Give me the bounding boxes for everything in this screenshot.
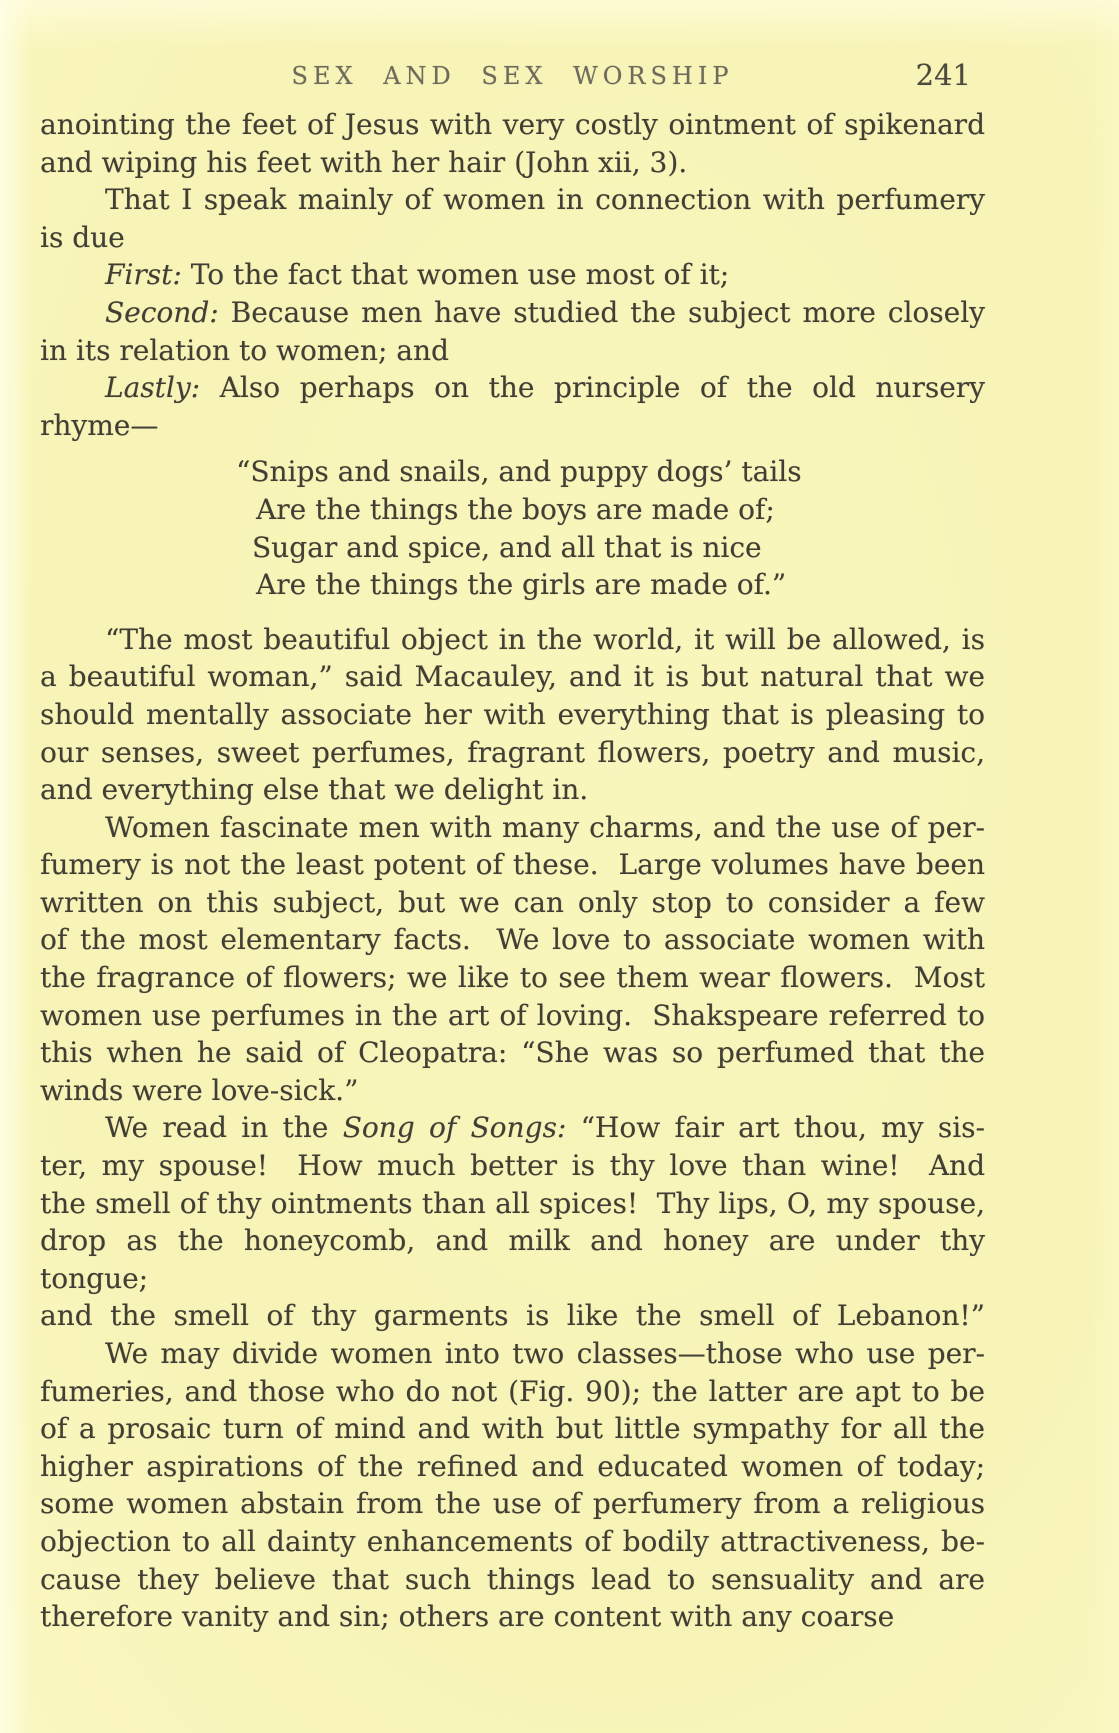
text-line: drop as the honeycomb, and milk and hone… bbox=[40, 1222, 985, 1297]
text-line: and wiping his feet with her hair (John … bbox=[40, 144, 985, 182]
text-line: Sugar and spice, and all that is nice bbox=[252, 529, 985, 567]
text-line: We may divide women into two classes—tho… bbox=[40, 1335, 985, 1373]
text-line: Are the things the boys are made of; bbox=[256, 491, 985, 529]
text-line: our senses, sweet perfumes, fragrant flo… bbox=[40, 734, 985, 772]
text-line: anointing the feet of Jesus with very co… bbox=[40, 106, 985, 144]
text-line: winds were love-sick.” bbox=[40, 1072, 985, 1110]
text-line: First: To the fact that women use most o… bbox=[40, 256, 985, 294]
text-line: rhyme— bbox=[40, 407, 985, 445]
text-line: some women abstain from the use of perfu… bbox=[40, 1485, 985, 1523]
text-line: in its relation to women; and bbox=[40, 332, 985, 370]
text-line: Lastly: Also perhaps on the principle of… bbox=[40, 369, 985, 407]
text-line: Are the things the girls are made of.” bbox=[256, 566, 985, 604]
text-line: “Snips and snails, and puppy dogs’ tails bbox=[236, 453, 985, 491]
text-line: therefore vanity and sin; others are con… bbox=[40, 1598, 985, 1636]
text-line: a beautiful woman,” said Macauley, and i… bbox=[40, 658, 985, 696]
text-line: is due bbox=[40, 219, 985, 257]
text-line: We read in the Song of Songs: “How fair … bbox=[40, 1109, 985, 1147]
text-line: ter, my spouse! How much better is thy l… bbox=[40, 1147, 985, 1185]
text-line: written on this subject, but we can only… bbox=[40, 884, 985, 922]
text-line: this when he said of Cleopatra: “She was… bbox=[40, 1034, 985, 1072]
text-line: of a prosaic turn of mind and with but l… bbox=[40, 1410, 985, 1448]
text-line: and everything else that we delight in. bbox=[40, 771, 985, 809]
text-line: “The most beautiful object in the world,… bbox=[40, 621, 985, 659]
page-number: 241 bbox=[916, 58, 971, 92]
running-header-title: SEX AND SEX WORSHIP bbox=[40, 62, 985, 90]
text-line: women use perfumes in the art of loving.… bbox=[40, 997, 985, 1035]
text-line: higher aspirations of the refined and ed… bbox=[40, 1448, 985, 1486]
text-line: and the smell of thy garments is like th… bbox=[40, 1297, 985, 1335]
text-line: fumeries, and those who do not (Fig. 90)… bbox=[40, 1373, 985, 1411]
text-line: should mentally associate her with every… bbox=[40, 696, 985, 734]
text-line: That I speak mainly of women in connecti… bbox=[40, 181, 985, 219]
book-page: SEX AND SEX WORSHIP 241 anointing the fe… bbox=[0, 0, 1119, 1733]
text-line: of the most elementary facts. We love to… bbox=[40, 921, 985, 959]
text-line: the fragrance of flowers; we like to see… bbox=[40, 959, 985, 997]
text-line: objection to all dainty enhancements of … bbox=[40, 1523, 985, 1561]
text-line: fumery is not the least potent of these.… bbox=[40, 846, 985, 884]
text-line: Second: Because men have studied the sub… bbox=[40, 294, 985, 332]
text-line: the smell of thy ointments than all spic… bbox=[40, 1185, 985, 1223]
text-line: Women fascinate men with many charms, an… bbox=[40, 809, 985, 847]
page-body-text: anointing the feet of Jesus with very co… bbox=[40, 106, 985, 1636]
text-line: cause they believe that such things lead… bbox=[40, 1561, 985, 1599]
